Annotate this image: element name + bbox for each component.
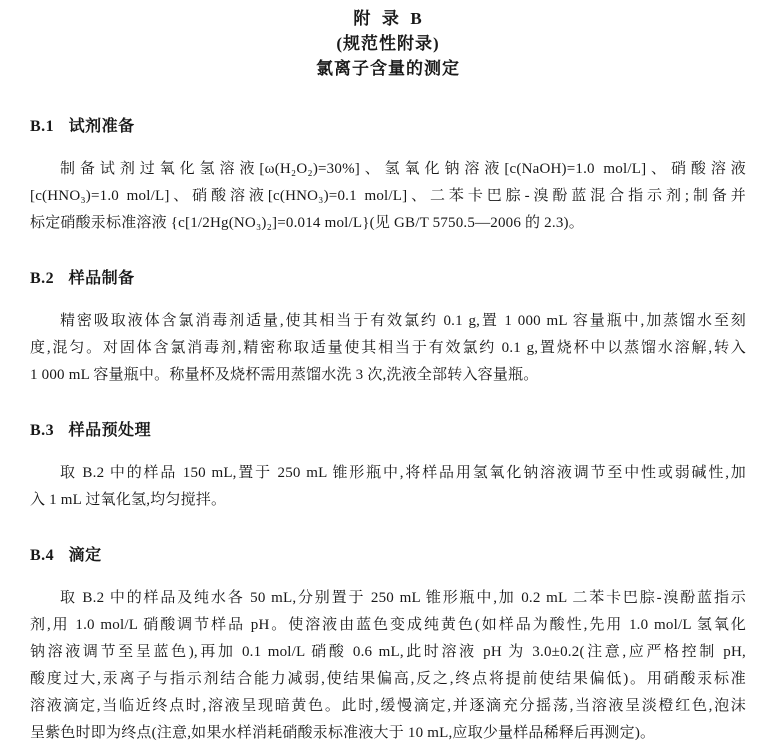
section-b1: B.1试剂准备 制备试剂过氧化氢溶液[ω(H₂O₂)=30%]、氢氧化钠溶液[c…: [30, 115, 746, 237]
document-page: 附 录 B (规范性附录) 氯离子含量的测定 B.1试剂准备 制备试剂过氧化氢溶…: [0, 0, 773, 745]
text-line: 剂,用 1.0 mol/L 硝酸调节样品 pH。使溶液由蓝色变成纯黄色(如样品为…: [30, 612, 746, 639]
section-b4-number: B.4: [30, 547, 54, 564]
section-b4-heading: B.4滴定: [30, 544, 746, 568]
section-b2-heading: B.2样品制备: [30, 267, 746, 291]
section-b1-paragraph: 制备试剂过氧化氢溶液[ω(H₂O₂)=30%]、氢氧化钠溶液[c(NaOH)=1…: [30, 156, 746, 237]
text-line: 1 000 mL 容量瓶中。称量杯及烧杯需用蒸馏水洗 3 次,洗液全部转入容量瓶…: [30, 362, 746, 389]
section-b4-paragraph: 取 B.2 中的样品及纯水各 50 mL,分别置于 250 mL 锥形瓶中,加 …: [30, 585, 746, 745]
text-line: 精密吸取液体含氯消毒剂适量,使其相当于有效氯约 0.1 g,置 1 000 mL…: [30, 308, 746, 335]
text-line: 制备试剂过氧化氢溶液[ω(H₂O₂)=30%]、氢氧化钠溶液[c(NaOH)=1…: [30, 156, 746, 183]
section-b1-heading: B.1试剂准备: [30, 115, 746, 139]
section-b3-number: B.3: [30, 422, 54, 439]
text-line: [c(HNO₃)=1.0 mol/L]、硝酸溶液[c(HNO₃)=0.1 mol…: [30, 183, 746, 210]
section-b3-title: 样品预处理: [69, 422, 152, 439]
section-b4-title: 滴定: [69, 547, 102, 564]
section-b2: B.2样品制备 精密吸取液体含氯消毒剂适量,使其相当于有效氯约 0.1 g,置 …: [30, 267, 746, 389]
appendix-header: 附 录 B (规范性附录) 氯离子含量的测定: [30, 6, 746, 81]
text-line: 酸度过大,汞离子与指示剂结合能力减弱,使结果偏高,反之,终点将提前使结果偏低)。…: [30, 666, 746, 693]
doc-subtitle: 氯离子含量的测定: [30, 56, 746, 81]
text-line: 取 B.2 中的样品 150 mL,置于 250 mL 锥形瓶中,将样品用氢氧化…: [30, 460, 746, 487]
section-b2-number: B.2: [30, 270, 54, 287]
text-line: 入 1 mL 过氧化氢,均匀搅拌。: [30, 487, 746, 514]
section-b3-heading: B.3样品预处理: [30, 419, 746, 443]
section-b3: B.3样品预处理 取 B.2 中的样品 150 mL,置于 250 mL 锥形瓶…: [30, 419, 746, 514]
text-line: 度,混匀。对固体含氯消毒剂,精密称取适量使其相当于有效氯约 0.1 g,置烧杯中…: [30, 335, 746, 362]
section-b3-paragraph: 取 B.2 中的样品 150 mL,置于 250 mL 锥形瓶中,将样品用氢氧化…: [30, 460, 746, 514]
text-line: 标定硝酸汞标准溶液 {c[1/2Hg(NO₃)₂]=0.014 mol/L}(见…: [30, 210, 746, 237]
section-b1-number: B.1: [30, 118, 54, 135]
section-b2-title: 样品制备: [69, 270, 135, 287]
appendix-label: 附 录 B: [30, 6, 746, 31]
section-b2-paragraph: 精密吸取液体含氯消毒剂适量,使其相当于有效氯约 0.1 g,置 1 000 mL…: [30, 308, 746, 389]
appendix-type: (规范性附录): [30, 31, 746, 56]
text-line: 取 B.2 中的样品及纯水各 50 mL,分别置于 250 mL 锥形瓶中,加 …: [30, 585, 746, 612]
text-line: 呈紫色时即为终点(注意,如果水样消耗硝酸汞标准液大于 10 mL,应取少量样品稀…: [30, 720, 746, 745]
section-b1-title: 试剂准备: [69, 118, 135, 135]
text-line: 钠溶液调节至呈蓝色),再加 0.1 mol/L 硝酸 0.6 mL,此时溶液 p…: [30, 639, 746, 666]
text-line: 溶液滴定,当临近终点时,溶液呈现暗黄色。此时,缓慢滴定,并逐滴充分摇荡,当溶液呈…: [30, 693, 746, 720]
section-b4: B.4滴定 取 B.2 中的样品及纯水各 50 mL,分别置于 250 mL 锥…: [30, 544, 746, 745]
